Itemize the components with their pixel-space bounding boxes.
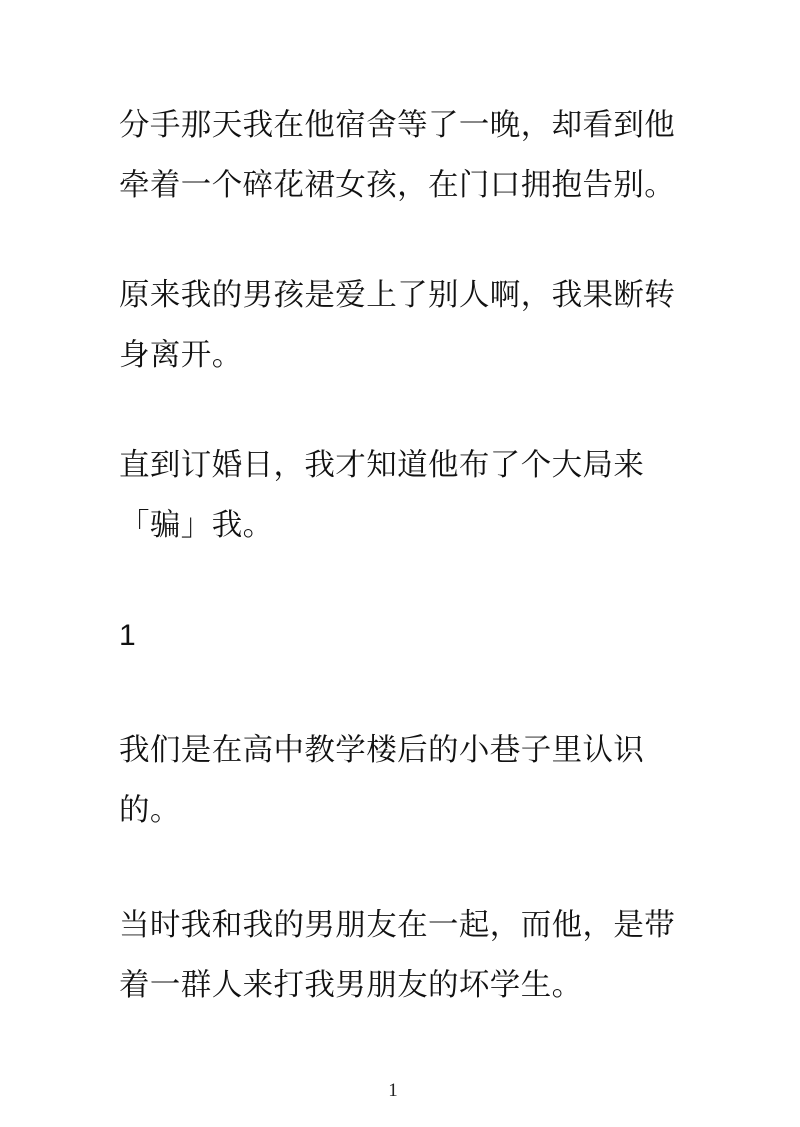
paragraph-walk-away: 原来我的男孩是爱上了别人啊，我果断转身离开。 xyxy=(119,266,689,386)
paragraph-breakup-night: 分手那天我在他宿舍等了一晚，却看到他牵着一个碎花裙女孩，在门口拥抱告别。 xyxy=(119,96,689,216)
paragraph-how-we-met: 我们是在高中教学楼后的小巷子里认识的。 xyxy=(119,721,689,841)
document-page: 分手那天我在他宿舍等了一晚，却看到他牵着一个碎花裙女孩，在门口拥抱告别。 原来我… xyxy=(0,0,800,1127)
page-content: 分手那天我在他宿舍等了一晚，却看到他牵着一个碎花裙女孩，在门口拥抱告别。 原来我… xyxy=(119,96,689,1016)
page-number: 1 xyxy=(0,1080,786,1102)
paragraph-spacer xyxy=(119,556,689,606)
paragraph-spacer xyxy=(119,841,689,896)
paragraph-spacer xyxy=(119,216,689,266)
paragraph-bad-student: 当时我和我的男朋友在一起，而他，是带着一群人来打我男朋友的坏学生。 xyxy=(119,896,689,1016)
section-number: 1 xyxy=(119,606,689,666)
paragraph-spacer xyxy=(119,666,689,721)
paragraph-spacer xyxy=(119,386,689,436)
paragraph-engagement-day: 直到订婚日，我才知道他布了个大局来「骗」我。 xyxy=(119,436,689,556)
